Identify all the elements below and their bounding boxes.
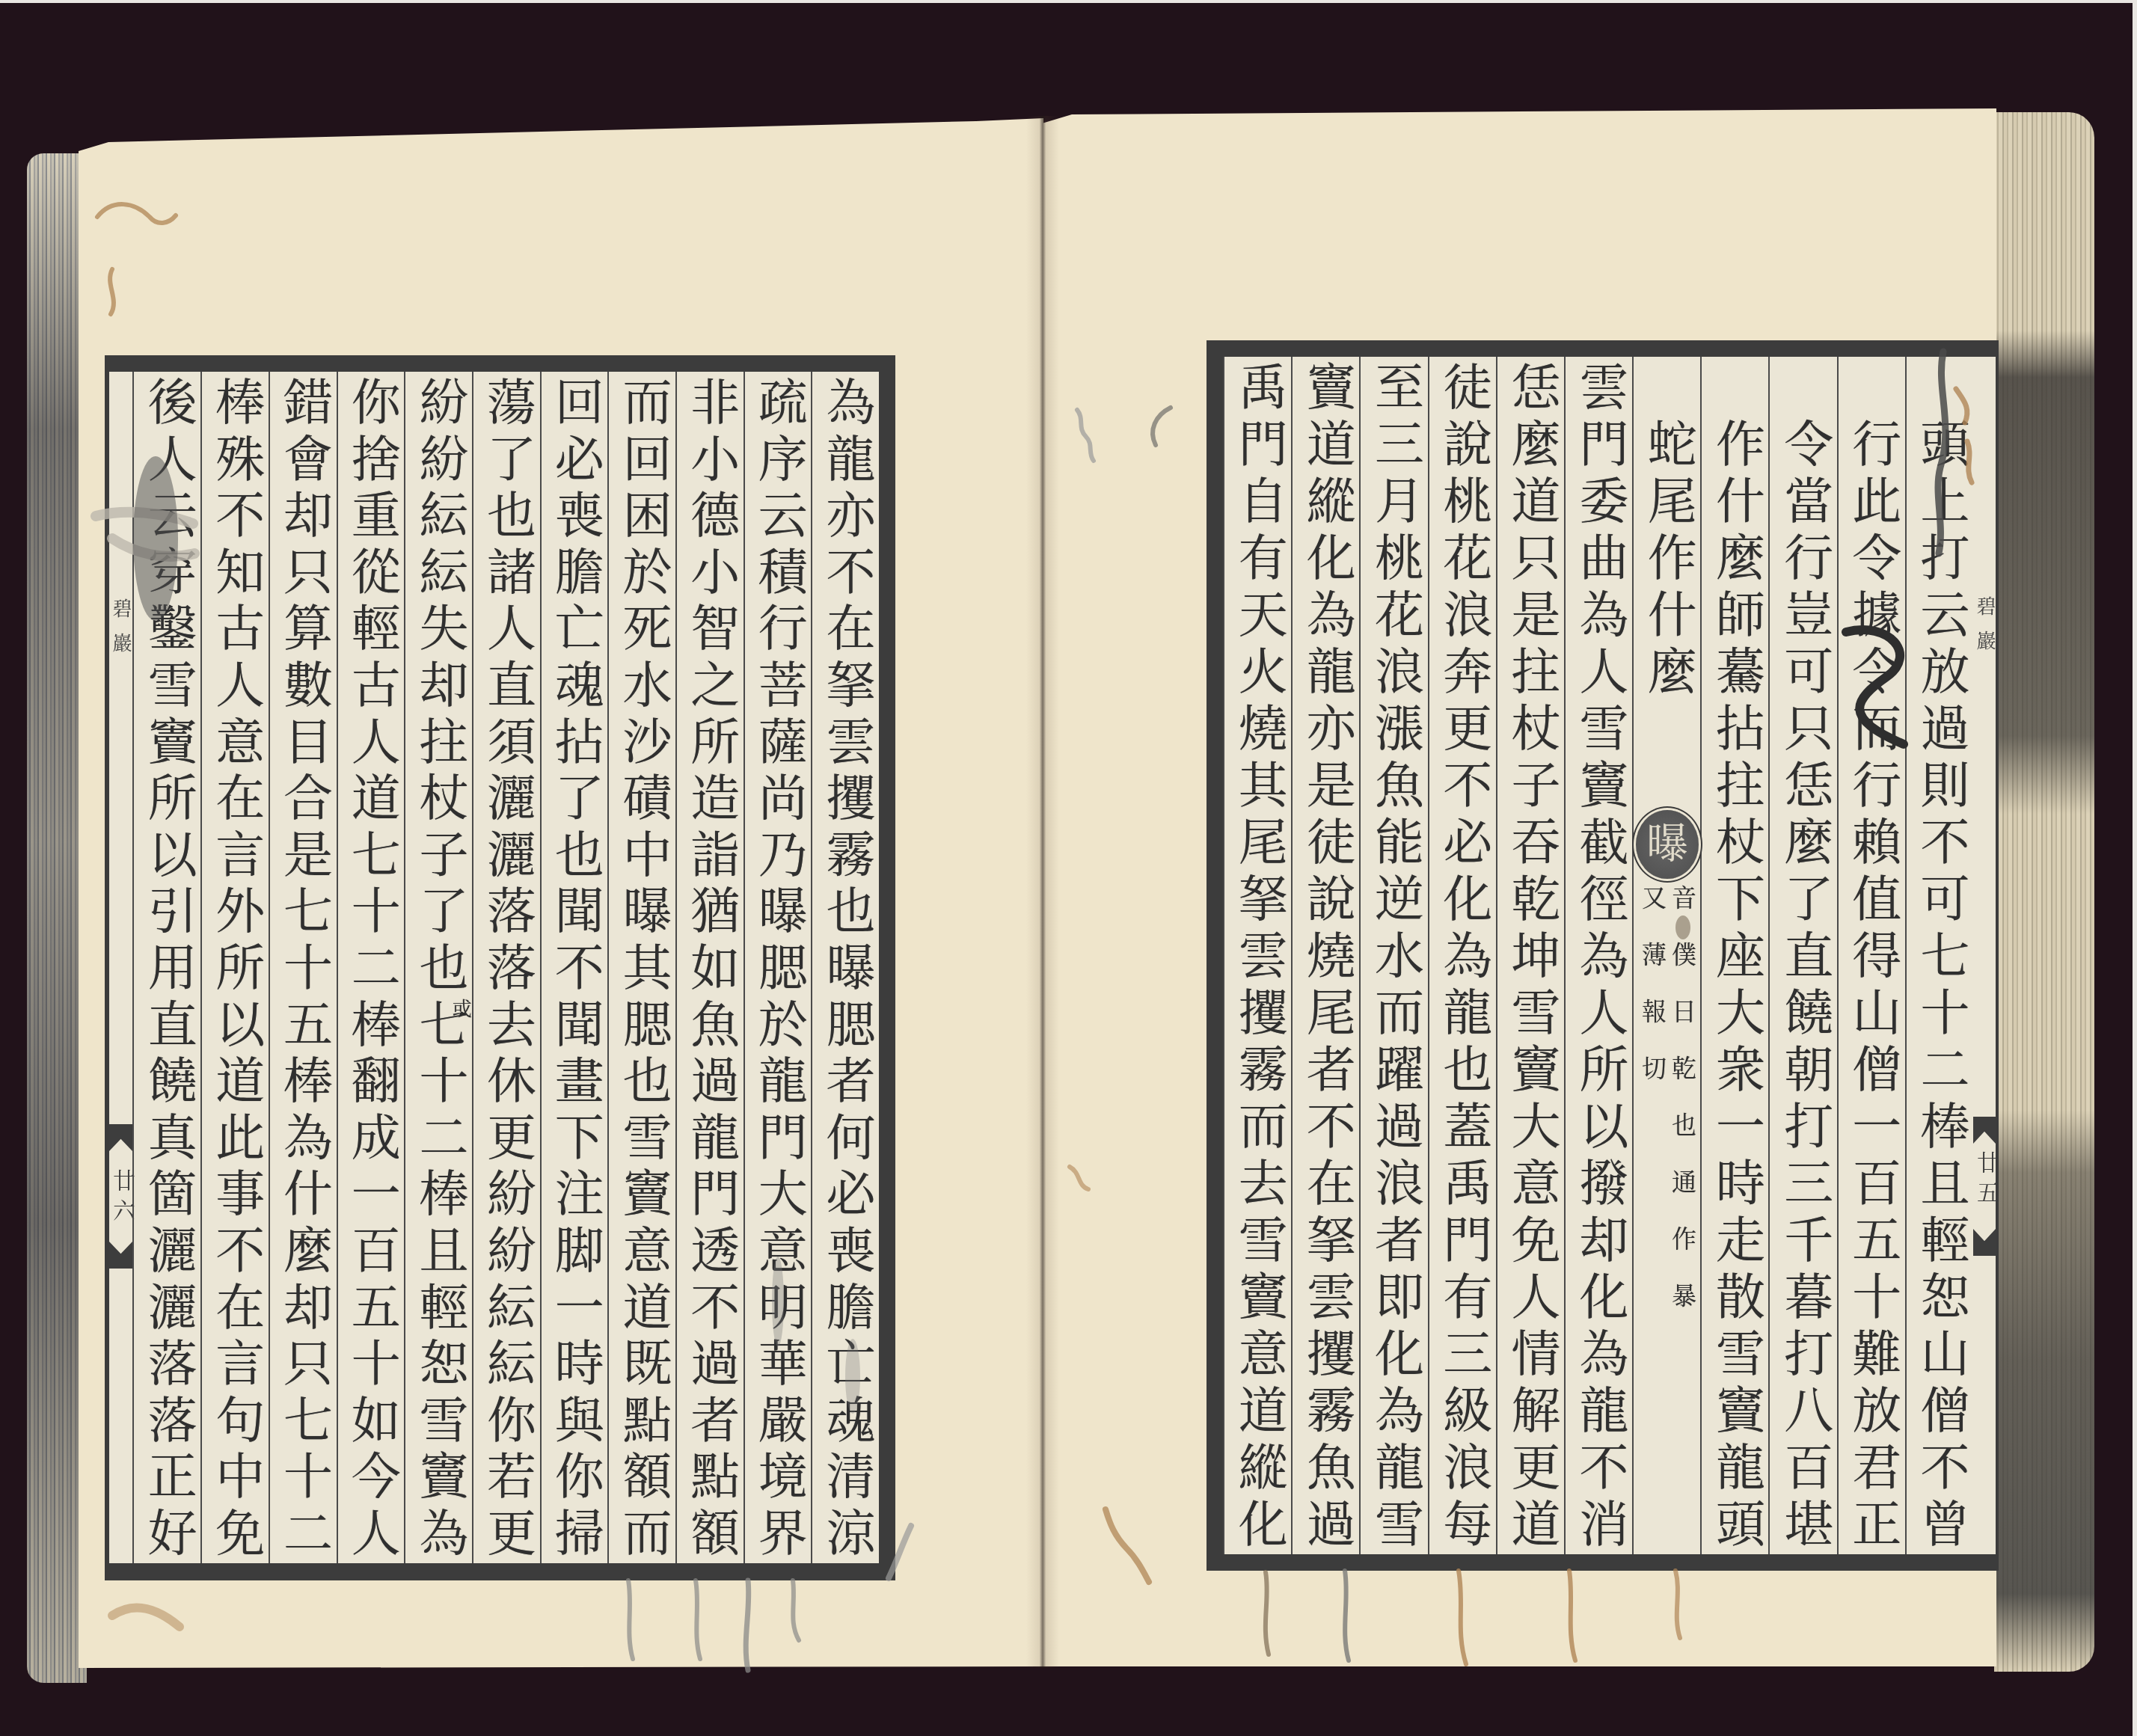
scan-edge-top	[0, 0, 2137, 3]
column-text: 回必喪膽亡魂拈了也聞不聞畫下注脚一時與你掃	[546, 376, 604, 1564]
text-column: 徒說桃花浪奔更不必化為龍也蓋禹門有三級浪每	[1428, 357, 1496, 1554]
text-column: 令當行豈可只恁麼了直饒朝打三千暮打八百堪	[1768, 357, 1836, 1554]
column-text: 作什麼師驀拈拄杖下座大衆一時走散雪竇龍頭	[1707, 418, 1765, 1555]
text-column: 禹門自有天火燒其尾拏雲攫霧而去雪竇意道縱化	[1223, 357, 1291, 1554]
left-page-stack-edges	[27, 153, 87, 1683]
column-text: 棒殊不知古人意在言外所以道此事不在言句中免	[207, 376, 265, 1564]
scan-edge-right	[2133, 0, 2137, 1736]
column-text: 錯會却只算數目合是七十五棒為什麼却只七十二	[275, 376, 333, 1564]
column-text: 後人云穿鑿雪竇所以引用直饒真箇灑灑落落正好	[139, 376, 197, 1564]
left-banxin-title: 碧巖	[111, 598, 130, 667]
text-column: 後人云穿鑿雪竇所以引用直饒真箇灑灑落落正好	[132, 372, 200, 1563]
lower-fishtail-icon	[109, 1242, 132, 1269]
text-column: 行此令據令而行賴值得山僧一百五十難放君正	[1837, 357, 1905, 1554]
column-text: 令當行豈可只恁麼了直饒朝打三千暮打八百堪	[1776, 418, 1833, 1555]
text-column: 恁麼道只是拄杖子吞乾坤雪竇大意免人情解更道	[1496, 357, 1564, 1554]
right-page-text: 頭上打云放過則不可七十二棒且輕恕山僧不曾 行此令據令而行賴值得山僧一百五十難放君…	[1223, 357, 1973, 1554]
right-banxin-title: 碧巖	[1975, 596, 1994, 665]
column-text: 禹門自有天火燒其尾拏雲攫霧而去雪竇意道縱化	[1230, 361, 1287, 1555]
upper-fishtail-icon	[1973, 1117, 1996, 1144]
upper-fishtail-icon	[109, 1124, 132, 1151]
column-text: 蛇尾作什麼	[1639, 418, 1696, 702]
lower-fishtail-icon	[1973, 1229, 1996, 1256]
text-column: 雲門委曲為人雪竇截徑為人所以撥却化為龍不消	[1564, 357, 1632, 1554]
right-page-stack-edges	[1994, 112, 2094, 1672]
column-text: 非小德小智之所造詣猶如魚過龍門透不過者點額	[682, 376, 740, 1564]
right-banxin: 碧巖 廿五	[1973, 357, 1996, 1554]
column-text: 徒說桃花浪奔更不必化為龍也蓋禹門有三級浪每	[1435, 361, 1492, 1555]
text-column: 棒殊不知古人意在言外所以道此事不在言句中免	[200, 372, 269, 1563]
left-banxin: 碧巖 廿六	[109, 372, 132, 1563]
text-column: 你捨重從輕古人道七十二棒翻成一百五十如今人	[337, 372, 405, 1563]
text-column: 作什麼師驀拈拄杖下座大衆一時走散雪竇龍頭	[1700, 357, 1768, 1554]
column-text: 疏序云積行菩薩尚乃曝腮於龍門大意明華嚴境界	[749, 376, 807, 1564]
annotated-glyph: 曝	[1646, 823, 1688, 865]
column-text: 而回困於死水沙磧中曝其腮也雪竇意道既點額而	[614, 376, 672, 1564]
text-column: 錯會却只算數目合是七十五棒為什麼却只七十二	[269, 372, 337, 1563]
pronunciation-note-alt: 又薄報切	[1640, 885, 1665, 1112]
text-column: 蛇尾作什麼 曝 音僕日乾也通作暴 又薄報切	[1632, 357, 1700, 1554]
column-text: 至三月桃花浪漲魚能逆水而躍過浪者即化為龍雪	[1367, 361, 1424, 1555]
column-text: 蕩了也諸人直須灑灑落落去休更紛紛紜紜你若更	[479, 376, 536, 1564]
text-column: 頭上打云放過則不可七十二棒且輕恕山僧不曾	[1905, 357, 1973, 1554]
text-column: 蕩了也諸人直須灑灑落落去休更紛紛紜紜你若更	[472, 372, 540, 1563]
column-text: 竇道縱化為龍亦是徒說燒尾者不在拏雲攫霧魚過	[1298, 361, 1355, 1555]
right-leaf-number: 廿五	[1975, 1151, 1996, 1211]
text-column: 紛紛紜紜失却拄杖子了也七十二棒且輕恕雪竇為 或	[404, 372, 472, 1563]
text-column: 非小德小智之所造詣猶如魚過龍門透不過者點額	[675, 372, 743, 1563]
book-gutter	[1026, 116, 1059, 1668]
pronunciation-note: 音僕日乾也通作暴	[1670, 885, 1695, 1340]
left-page-text: 為龍亦不在拏雲攫霧也曝腮者何必喪膽亡魂清涼 疏序云積行菩薩尚乃曝腮於龍門大意明華…	[132, 372, 879, 1563]
text-column: 至三月桃花浪漲魚能逆水而躍過浪者即化為龍雪	[1359, 357, 1427, 1554]
text-column: 回必喪膽亡魂拈了也聞不聞畫下注脚一時與你掃	[540, 372, 608, 1563]
left-leaf-number: 廿六	[111, 1169, 132, 1229]
text-column: 竇道縱化為龍亦是徒說燒尾者不在拏雲攫霧魚過	[1291, 357, 1359, 1554]
column-text: 紛紛紜紜失却拄杖子了也七十二棒且輕恕雪竇為	[411, 376, 468, 1564]
column-text: 頭上打云放過則不可七十二棒且輕恕山僧不曾	[1912, 418, 1969, 1555]
circled-glyph-marker: 曝	[1636, 810, 1699, 879]
text-column: 為龍亦不在拏雲攫霧也曝腮者何必喪膽亡魂清涼	[811, 372, 879, 1563]
text-column: 而回困於死水沙磧中曝其腮也雪竇意道既點額而	[607, 372, 675, 1563]
column-text: 行此令據令而行賴值得山僧一百五十難放君正	[1844, 418, 1901, 1555]
column-text: 你捨重從輕古人道七十二棒翻成一百五十如今人	[343, 376, 400, 1564]
text-column: 疏序云積行菩薩尚乃曝腮於龍門大意明華嚴境界	[743, 372, 812, 1563]
variant-reading-mark: 或	[450, 999, 470, 1018]
column-text: 為龍亦不在拏雲攫霧也曝腮者何必喪膽亡魂清涼	[818, 376, 875, 1564]
column-text: 恁麼道只是拄杖子吞乾坤雪竇大意免人情解更道	[1503, 361, 1560, 1555]
column-text: 雲門委曲為人雪竇截徑為人所以撥却化為龍不消	[1571, 361, 1628, 1555]
